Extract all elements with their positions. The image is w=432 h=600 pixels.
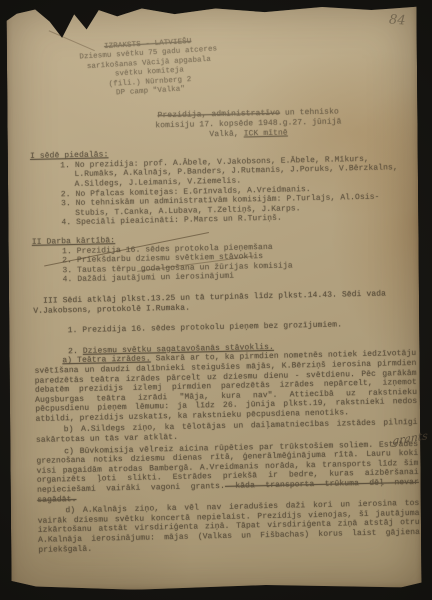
paragraph-d: d) A.Kalnājs ziņo, ka vēl nav ieradušies… bbox=[37, 499, 420, 555]
paragraph-a: a) Teātra izrādes. Sakarā ar to, ka pirm… bbox=[34, 349, 417, 424]
letterhead-stamp: IZRAKSTS - LATVIEŠU Dziesmu svētku 75 ga… bbox=[53, 35, 246, 103]
document-title: Prezidija, administratīvo un tehnisko ko… bbox=[113, 107, 384, 141]
handwritten-page-number: 84 bbox=[389, 12, 407, 28]
agenda-list: 1. Prezidija 16. sēdes protokola pieņemš… bbox=[32, 239, 415, 285]
paper-sheet: IZRAKSTS - LATVIEŠU Dziesmu svētku 75 ga… bbox=[6, 3, 421, 591]
document-scan: IZRAKSTS - LATVIEŠU Dziesmu svētku 75 ga… bbox=[0, 0, 432, 600]
minute-item-1: 1. Prezidija 16. sēdes protokolu pieņem … bbox=[68, 319, 416, 336]
paragraph-c: c) Būvkomisija vēlreiz aicina rūpēties p… bbox=[36, 440, 419, 506]
session-opening-paragraph: III Sēdi atklāj plkst.13.25 un tā turpin… bbox=[33, 289, 415, 316]
attendance-list: 1. No prezidija: prof. A.Ābele, V.Jakobs… bbox=[30, 154, 413, 229]
typewritten-text: IZRAKSTS - LATVIEŠU Dziesmu svētku 75 ga… bbox=[28, 35, 421, 555]
